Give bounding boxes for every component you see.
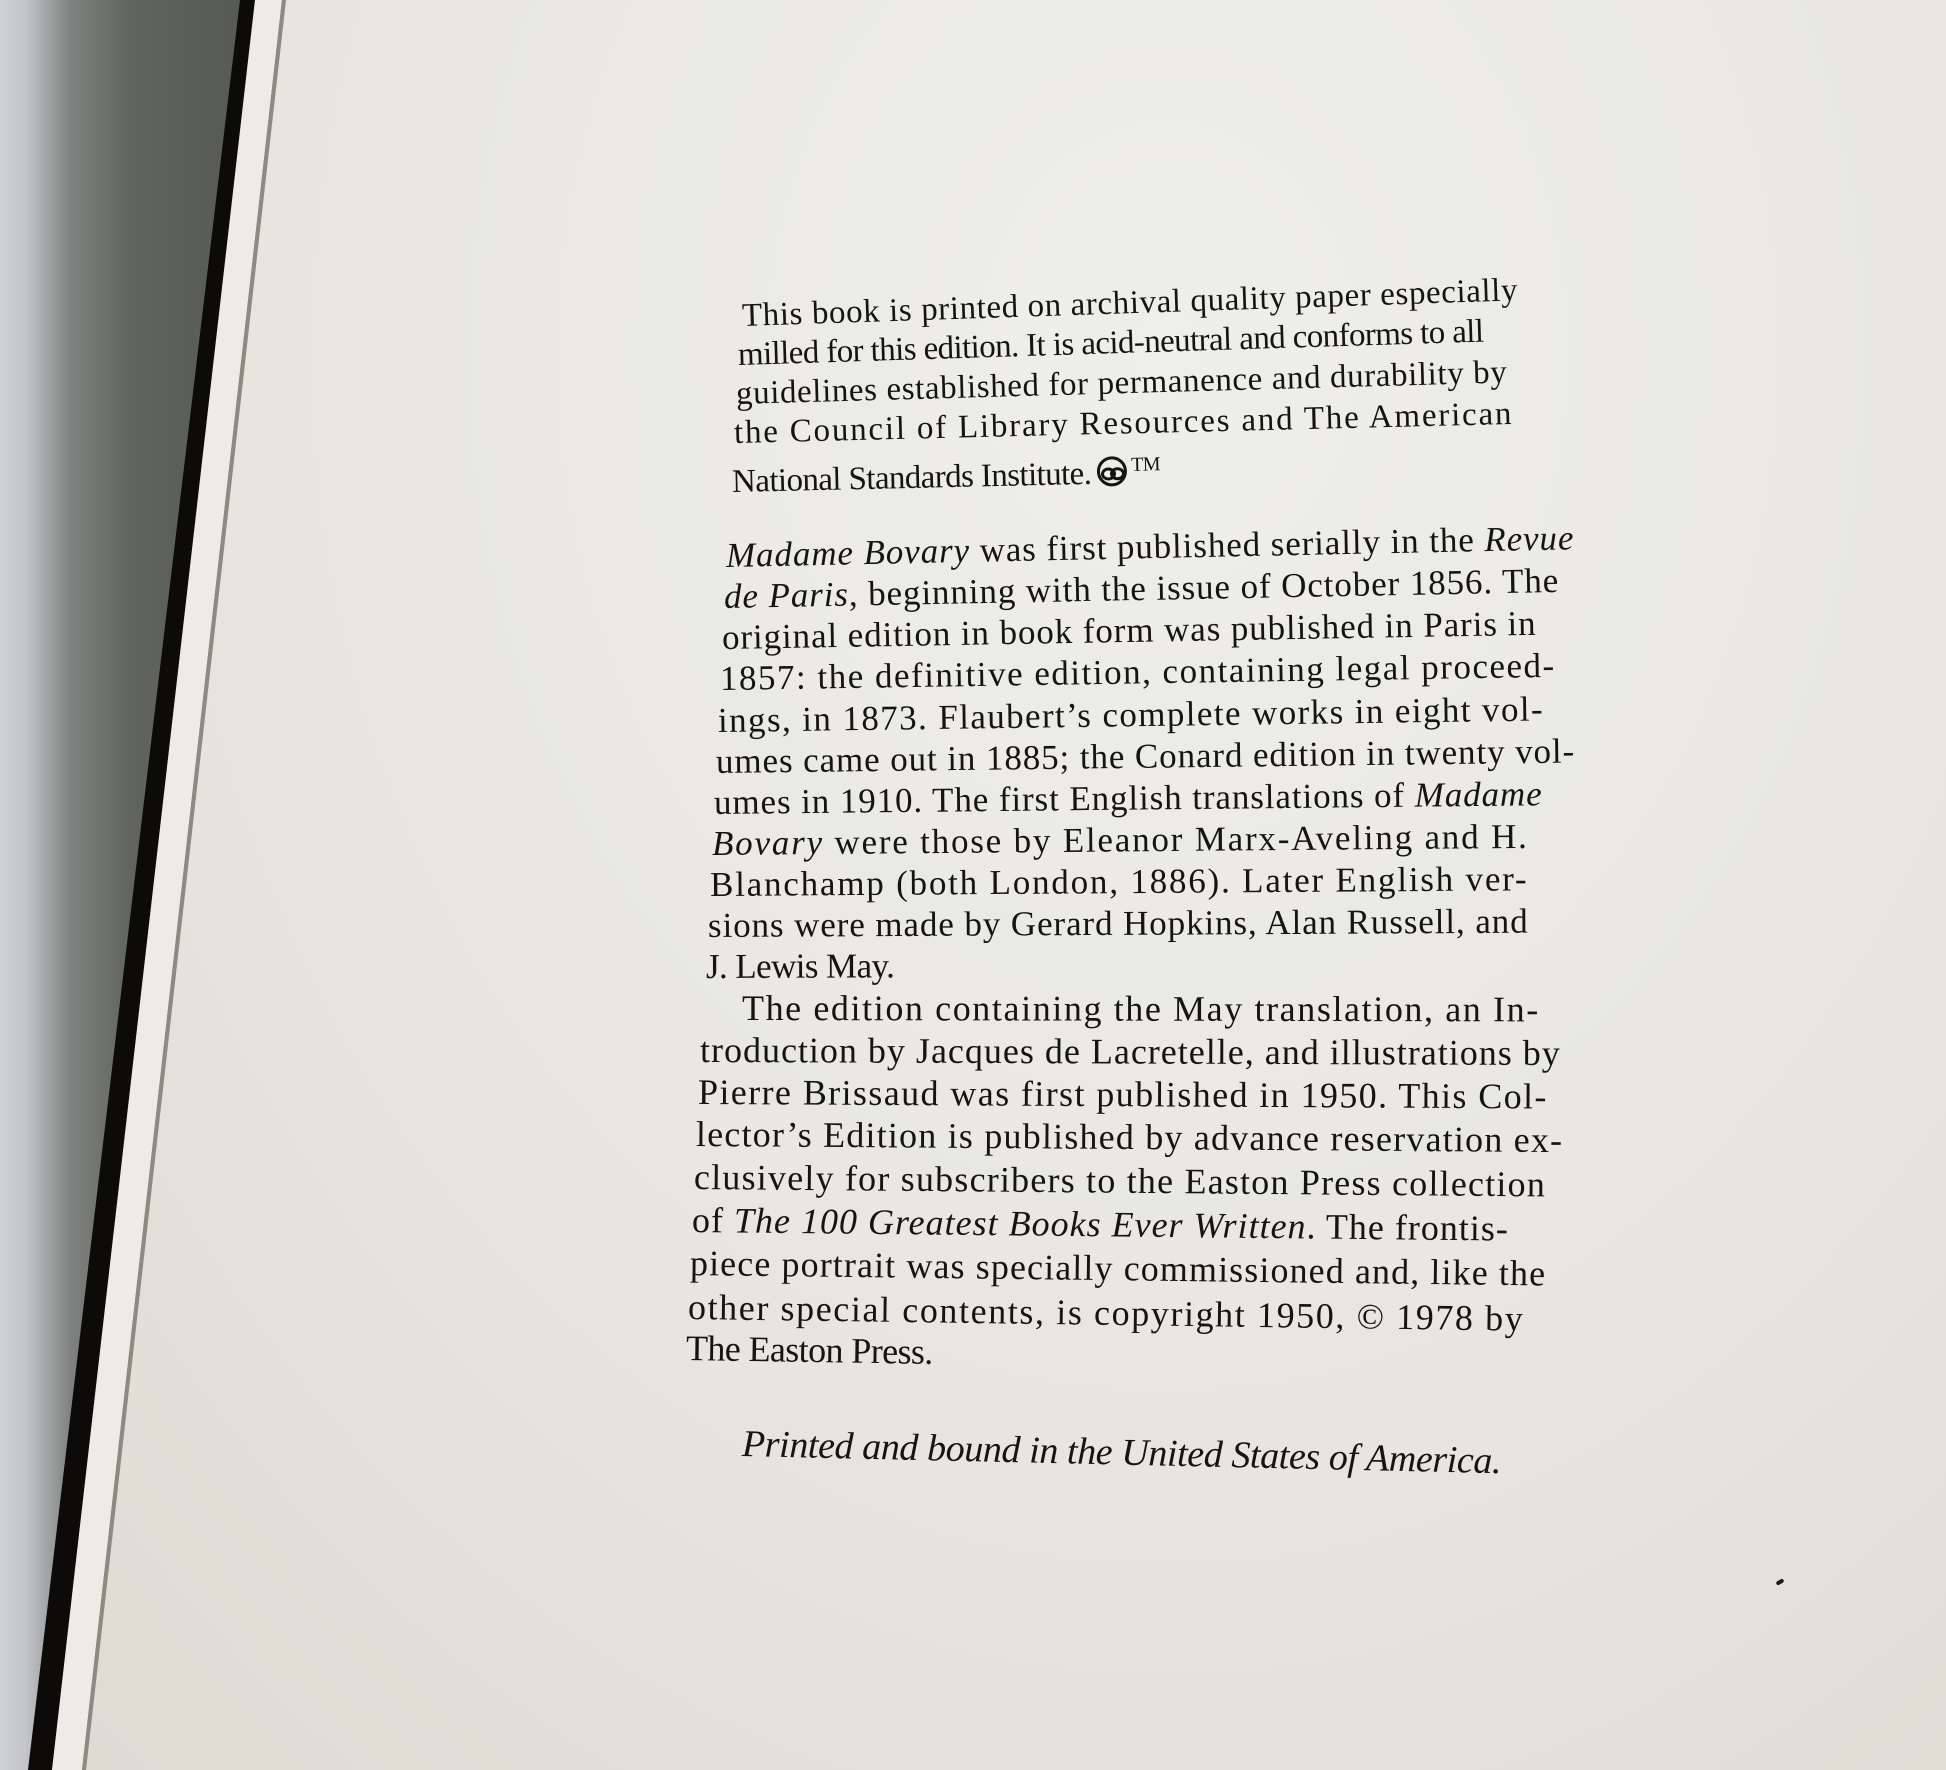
text-segment: umes in 1910. The first English translat…: [714, 776, 1415, 822]
book-title: Bovary: [712, 823, 824, 863]
periodical-title: Revue: [1484, 518, 1575, 559]
text-line: sions were made by Gerard Hopkins, Alan …: [708, 901, 1529, 946]
collection-title: The 100 Greatest Books Ever Written: [734, 1200, 1307, 1246]
text-line: J. Lewis May.: [706, 945, 894, 987]
text-line: The Easton Press.: [686, 1328, 933, 1373]
text-line: clusively for subscribers to the Easton …: [694, 1157, 1546, 1205]
text-line: troduction by Jacques de Lacretelle, and…: [700, 1030, 1561, 1074]
book-title: Madame Bovary: [726, 531, 971, 575]
book-title: Madame: [1414, 774, 1542, 814]
permanence-infinity-icon: [1097, 456, 1128, 487]
text-line: Pierre Brissaud was first published in 1…: [698, 1072, 1548, 1117]
text-line: Blanchamp (both London, 1886). Later Eng…: [710, 858, 1529, 905]
text-line: lector’s Edition is published by advance…: [696, 1114, 1564, 1161]
text-segment: . The frontis-: [1306, 1206, 1509, 1248]
text-line: umes in 1910. The first English translat…: [714, 773, 1543, 823]
text-line: Bovary were those by Eleanor Marx-Avelin…: [712, 816, 1529, 864]
trademark-symbol: TM: [1131, 453, 1160, 476]
text-line: National Standards Institute.TM: [731, 444, 1160, 503]
text-segment: were those by Eleanor Marx-Aveling and H…: [824, 817, 1529, 862]
periodical-title: de Paris: [724, 575, 850, 616]
book-photo: This book is printed on archival quality…: [0, 0, 1946, 1770]
text-line: The edition containing the May translati…: [742, 988, 1540, 1030]
text-segment: National Standards Institute.: [732, 456, 1092, 500]
text-segment: of: [692, 1200, 734, 1240]
text-line: of The 100 Greatest Books Ever Written. …: [692, 1200, 1509, 1250]
